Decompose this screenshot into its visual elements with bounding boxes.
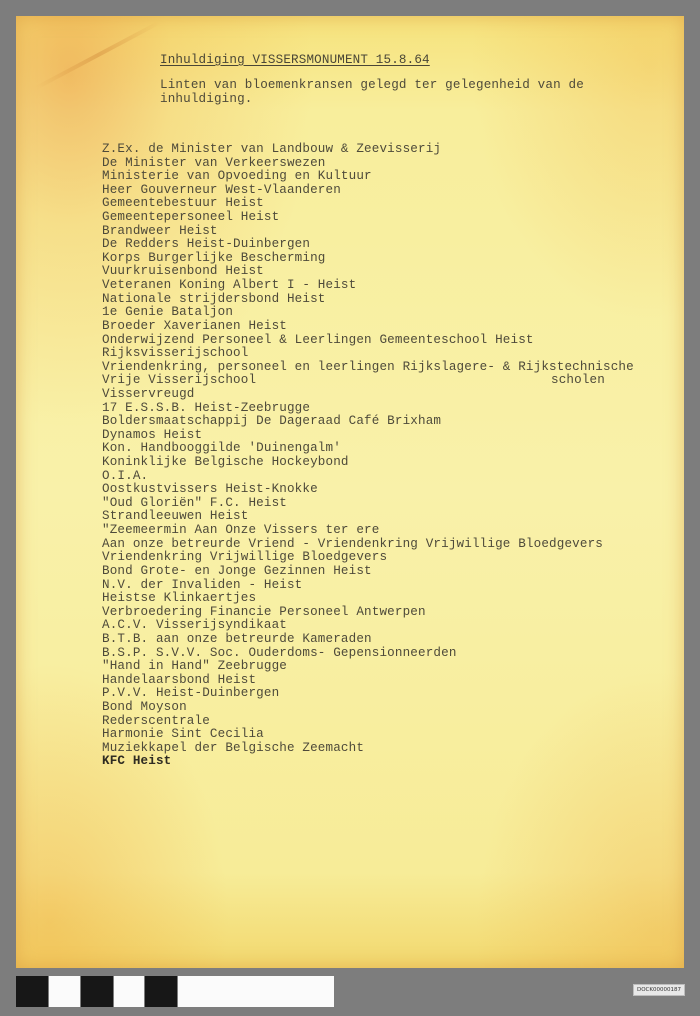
entry-text: 1e Genie Bataljon [102,305,233,319]
entry-text: Dynamos Heist [102,428,202,442]
list-item: N.V. der Invaliden - Heist [102,579,634,593]
entry-text: Heistse Klinkaertjes [102,591,256,605]
list-item: Onderwijzend Personeel & Leerlingen Geme… [102,334,634,348]
entry-text: Broeder Xaverianen Heist [102,319,287,333]
list-item: "Hand in Hand" Zeebrugge [102,660,634,674]
list-item: Brandweer Heist [102,225,634,239]
entry-text: Muziekkapel der Belgische Zeemacht [102,741,364,755]
list-item: Rijksvisserijschool [102,347,634,361]
wreath-ribbon-list: Z.Ex. de Minister van Landbouw & Zeeviss… [102,143,634,769]
list-item: Aan onze betreurde Vriend - Vriendenkrin… [102,538,634,552]
entry-text: Bond Grote- en Jonge Gezinnen Heist [102,564,372,578]
entry-text: Harmonie Sint Cecilia [102,727,264,741]
entry-text: Veteranen Koning Albert I - Heist [102,278,356,292]
entry-text: Rijksvisserijschool [102,346,248,360]
document-title: Inhuldiging VISSERSMONUMENT 15.8.64 [160,53,430,67]
document-subtitle: Linten van bloemenkransen gelegd ter gel… [160,79,640,106]
entry-text: Koninklijke Belgische Hockeybond [102,455,349,469]
list-item: Nationale strijdersbond Heist [102,293,634,307]
document-page: Inhuldiging VISSERSMONUMENT 15.8.64 Lint… [16,16,684,968]
list-item: "Zeemeermin Aan Onze Vissers ter ere [102,524,634,538]
entry-text: Nationale strijdersbond Heist [102,292,326,306]
entry-text: De Redders Heist-Duinbergen [102,237,310,251]
entry-text: "Hand in Hand" Zeebrugge [102,659,287,673]
list-item: De Minister van Verkeerswezen [102,157,634,171]
list-item: Veteranen Koning Albert I - Heist [102,279,634,293]
entry-text: 17 E.S.S.B. Heist-Zeebrugge [102,401,310,415]
entry-text: Brandweer Heist [102,224,218,238]
list-item: Vriendenkring, personeel en leerlingen R… [102,361,634,375]
list-item: B.T.B. aan onze betreurde Kameraden [102,633,634,647]
entry-text: Z.Ex. de Minister van Landbouw & Zeeviss… [102,142,441,156]
list-item: O.I.A. [102,470,634,484]
list-item: Z.Ex. de Minister van Landbouw & Zeeviss… [102,143,634,157]
list-item: B.S.P. S.V.V. Soc. Ouderdoms- Gepensionn… [102,647,634,661]
entry-text: Korps Burgerlijke Bescherming [102,251,326,265]
entry-text: O.I.A. [102,469,148,483]
list-item: Vrije Visserijschool [102,374,634,388]
calibration-block-white-3 [178,976,334,1007]
entry-text: Strandleeuwen Heist [102,509,248,523]
list-item: Broeder Xaverianen Heist [102,320,634,334]
entry-text: Verbroedering Financie Personeel Antwerp… [102,605,426,619]
list-item: Korps Burgerlijke Bescherming [102,252,634,266]
list-item: Boldersmaatschappij De Dageraad Café Bri… [102,415,634,429]
typewritten-document: Inhuldiging VISSERSMONUMENT 15.8.64 Lint… [16,16,684,968]
entry-text: Handelaarsbond Heist [102,673,256,687]
list-item: Gemeentebestuur Heist [102,197,634,211]
list-item: Rederscentrale [102,715,634,729]
calibration-block-black-1 [16,976,48,1007]
list-item: Koninklijke Belgische Hockeybond [102,456,634,470]
list-item: Strandleeuwen Heist [102,510,634,524]
list-item: Handelaarsbond Heist [102,674,634,688]
entry-text: Onderwijzend Personeel & Leerlingen Geme… [102,333,534,347]
entry-text: Gemeentebestuur Heist [102,196,264,210]
list-item: KFC Heist [102,755,634,769]
entry-text: Rederscentrale [102,714,210,728]
entry-text: Vriendenkring Vrijwillige Bloedgevers [102,550,387,564]
archive-barcode-label: DOCK00000187 [633,984,685,996]
entry-text: B.T.B. aan onze betreurde Kameraden [102,632,372,646]
entry-text: "Oud Gloriën" F.C. Heist [102,496,287,510]
entry-text: Vuurkruisenbond Heist [102,264,264,278]
entry-text: Kon. Handbooggilde 'Duinengalm' [102,441,341,455]
list-item: "Oud Gloriën" F.C. Heist [102,497,634,511]
entry-text: KFC Heist [102,754,171,768]
list-item: Vriendenkring Vrijwillige Bloedgevers [102,551,634,565]
list-item: A.C.V. Visserijsyndikaat [102,619,634,633]
entry-text: Aan onze betreurde Vriend - Vriendenkrin… [102,537,603,551]
list-item: Heer Gouverneur West-Vlaanderen [102,184,634,198]
entry-text: B.S.P. S.V.V. Soc. Ouderdoms- Gepensionn… [102,646,457,660]
entry-text: Boldersmaatschappij De Dageraad Café Bri… [102,414,441,428]
list-item: Dynamos Heist [102,429,634,443]
list-item: Gemeentepersoneel Heist [102,211,634,225]
list-item: Oostkustvissers Heist-Knokke [102,483,634,497]
entry-text: Ministerie van Opvoeding en Kultuur [102,169,372,183]
list-item: 1e Genie Bataljon [102,306,634,320]
entry-text: Heer Gouverneur West-Vlaanderen [102,183,341,197]
calibration-block-white-1 [49,976,80,1007]
entry-text: Vriendenkring, personeel en leerlingen R… [102,360,634,374]
list-item: P.V.V. Heist-Duinbergen [102,687,634,701]
list-item: 17 E.S.S.B. Heist-Zeebrugge [102,402,634,416]
entry-text: De Minister van Verkeerswezen [102,156,326,170]
entry-text: Visservreugd [102,387,195,401]
entry-text: Oostkustvissers Heist-Knokke [102,482,318,496]
list-item: Harmonie Sint Cecilia [102,728,634,742]
list-item: Bond Grote- en Jonge Gezinnen Heist [102,565,634,579]
entry-text: Bond Moyson [102,700,187,714]
list-item: Heistse Klinkaertjes [102,592,634,606]
calibration-block-black-2 [81,976,113,1007]
list-item: Kon. Handbooggilde 'Duinengalm' [102,442,634,456]
calibration-block-white-2 [114,976,144,1007]
list-item: Visservreugd [102,388,634,402]
entry-text: A.C.V. Visserijsyndikaat [102,618,287,632]
list-item: Vuurkruisenbond Heist [102,265,634,279]
list-item: Bond Moyson [102,701,634,715]
entry-text: P.V.V. Heist-Duinbergen [102,686,279,700]
entry-text: N.V. der Invaliden - Heist [102,578,302,592]
list-item: De Redders Heist-Duinbergen [102,238,634,252]
list-item: Verbroedering Financie Personeel Antwerp… [102,606,634,620]
list-item: Ministerie van Opvoeding en Kultuur [102,170,634,184]
entry-text: Vrije Visserijschool [102,373,256,387]
entry-text: Gemeentepersoneel Heist [102,210,279,224]
entry-text: "Zeemeermin Aan Onze Vissers ter ere [102,523,379,537]
calibration-block-black-3 [145,976,177,1007]
list-item: Muziekkapel der Belgische Zeemacht [102,742,634,756]
